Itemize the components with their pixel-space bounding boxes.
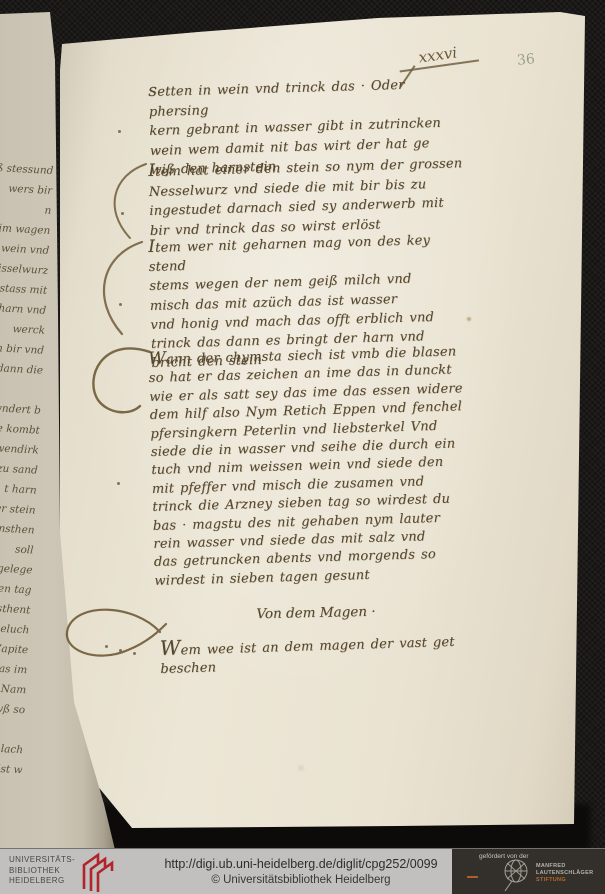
fragment-line: ß der stein — [0, 498, 36, 521]
flourish-initial-icon — [84, 338, 158, 424]
flourish-paren-icon — [92, 234, 148, 338]
page-stain — [466, 316, 472, 322]
sponsor-dash — [467, 876, 478, 878]
document-url: http://digi.ub.uni-heidelberg.de/diglit/… — [150, 857, 452, 871]
ink-layer: xxxvi 36 setten in wein vnd trinck das ·… — [0, 0, 605, 894]
ink-dot — [119, 303, 122, 306]
fragment-line: me kombt — [0, 418, 40, 441]
fragment-line: vndert b — [0, 398, 41, 421]
fragment-line: das im — [0, 657, 28, 680]
fragment-line: harn vnd — [0, 298, 47, 321]
caption-center: http://digi.ub.uni-heidelberg.de/diglit/… — [150, 849, 452, 894]
fragment-line: wein vnd — [0, 238, 50, 261]
fragment-line: dann die — [0, 358, 43, 381]
scan-viewer-page: xxxvi 36 setten in wein vnd trinck das ·… — [0, 0, 605, 894]
sponsor-name-line: MANFRED — [536, 863, 593, 870]
fragment-line: n — [0, 198, 52, 221]
sponsor-name-line: LAUTENSCHLÄGER — [536, 870, 593, 877]
fragment-line: wsthent — [0, 597, 31, 620]
library-name-line: UNIVERSITÄTS- — [9, 855, 75, 866]
stiftung-globe-icon — [502, 858, 530, 894]
paragraph: Item hat einer den stein so nym der gros… — [148, 153, 466, 241]
fragment-line: den tag — [0, 577, 32, 600]
sponsor-name-line: STIFTUNG — [536, 877, 593, 884]
section-heading: Von dem Magen · — [196, 601, 436, 624]
fragment-line: knoblach — [0, 737, 24, 760]
fragment-line: wers bir — [0, 178, 53, 201]
ink-dot — [121, 212, 124, 215]
sponsor-name: MANFRED LAUTENSCHLÄGER STIFTUNG — [536, 863, 593, 884]
sponsor-panel: gefördert von der MANFRED LAUTENSCHLÄG — [452, 849, 605, 894]
ub-heidelberg-logo-icon — [78, 851, 118, 894]
fragment-line: on gelege — [0, 557, 33, 580]
flourish-paren-icon — [102, 158, 150, 242]
closing-line: Wem wee ist an dem magen der vast get be… — [159, 629, 482, 679]
ink-dot — [119, 649, 122, 652]
copyright-notice: © Universitätsbibliothek Heidelberg — [150, 874, 452, 886]
fragment-line: soll — [0, 537, 34, 560]
fragment-line: ß stessund — [0, 158, 54, 181]
paragraph: Wann der chymsta siech ist vmb die blase… — [148, 341, 475, 591]
library-name-line: HEIDELBERG — [9, 876, 75, 887]
fragment-line: im wagen — [0, 218, 51, 241]
fragment-line: sandeluch — [0, 617, 30, 640]
fragment-line: t harn — [0, 478, 37, 501]
folio-number-pencil: 36 — [516, 51, 535, 69]
library-name-line: BIBLIOTHEK — [9, 866, 75, 877]
fragment-line: werck — [0, 318, 46, 341]
ink-dot — [105, 645, 108, 648]
ink-dot — [118, 130, 121, 133]
ink-dot — [117, 482, 120, 485]
fragment-line: stass mit — [0, 278, 48, 301]
fragment-line — [0, 378, 42, 401]
fragment-line: isselwurz — [0, 258, 49, 281]
fragment-line — [0, 717, 25, 740]
fragment-line: lb Nam — [0, 677, 27, 700]
ink-dot — [133, 652, 136, 655]
fragment-line: wß so — [0, 697, 26, 720]
fragment-line: wendirk — [0, 438, 39, 461]
fragment-line: zu sand — [0, 458, 38, 481]
fragment-line: wensthen — [0, 518, 35, 541]
previous-page-fragments: ß stessundwers birnim wagenwein vndissel… — [0, 158, 54, 780]
library-name: UNIVERSITÄTS- BIBLIOTHEK HEIDELBERG — [9, 855, 75, 887]
fragment-line: stund ist weg — [0, 757, 23, 780]
page-stain — [296, 764, 306, 772]
flourish-lasso-icon — [60, 602, 172, 670]
fragment-line: nen Capitel — [0, 637, 29, 660]
fragment-line: n bir vnd — [0, 338, 45, 361]
caption-bar: UNIVERSITÄTS- BIBLIOTHEK HEIDELBERG http… — [0, 848, 605, 894]
folio-number-ink: xxxvi — [397, 41, 479, 73]
